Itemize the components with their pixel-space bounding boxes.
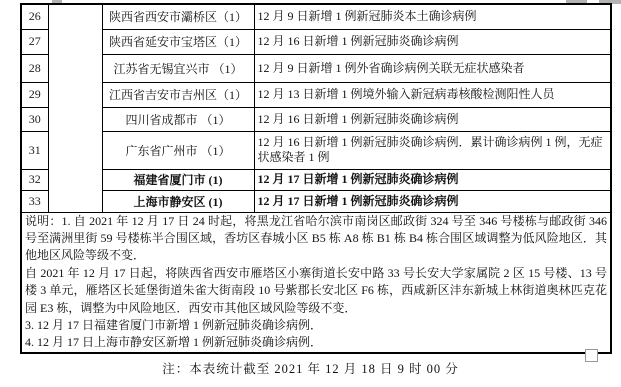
table-row: 32 福建省厦门市 (1) 12 月 17 日新增 1 例新冠肺炎确诊病例 — [21, 169, 611, 190]
notes-row: 说明：1. 自 2021 年 12 月 17 日 24 时起，将黑龙江省哈尔滨市… — [21, 212, 611, 353]
row-number-cell[interactable]: 33 — [21, 190, 48, 212]
description-cell[interactable]: 12 月 16 日新增 1 例新冠肺炎确诊病例 — [254, 107, 611, 131]
region-cell[interactable]: 江苏省无锡宜兴市 （1） — [102, 54, 254, 82]
region-cell[interactable]: 福建省厦门市 (1) — [102, 169, 254, 190]
description-cell[interactable]: 12 月 16 日新增 1 例新冠肺炎确诊病例．累计确诊病例 1 例，无症状感染… — [254, 131, 611, 169]
note-paragraph: 自 2021 年 12 月 17 日起，将陕西省西安市雁塔区小寨街道长安中路 3… — [25, 265, 607, 317]
region-cell[interactable]: 江西省吉安市吉州区（1） — [102, 82, 254, 107]
description-cell[interactable]: 12 月 9 日新增 1 例外省确诊病例关联无症状感染者 — [254, 54, 611, 82]
description-cell[interactable]: 12 月 13 日新增 1 例境外输入新冠病毒核酸检测阳性人员 — [254, 82, 611, 107]
region-cell[interactable]: 广东省广州市 （1） — [102, 131, 254, 169]
region-cell[interactable]: 四川省成都市 （1） — [102, 107, 254, 131]
row-number-cell[interactable]: 27 — [21, 29, 48, 54]
region-cell[interactable]: 陕西省延安市宝塔区（1） — [102, 29, 254, 54]
table-resize-handle[interactable] — [585, 349, 598, 362]
table-row: 30 四川省成都市 （1） 12 月 16 日新增 1 例新冠肺炎确诊病例 — [21, 107, 611, 131]
note-paragraph: 3. 12 月 17 日福建省厦门市新增 1 例新冠肺炎确诊病例． — [25, 317, 607, 334]
statistics-cutoff-note[interactable]: 注：本表统计截至 2021 年 12 月 18 日 9 时 00 分 — [0, 359, 621, 377]
table-row: 33 上海市静安区 (1) 12 月 17 日新增 1 例新冠肺炎确诊病例 — [21, 190, 611, 212]
document-page: 26 陕西省西安市灞桥区（1） 12 月 9 日新增 1 例新冠肺炎本土确诊病例… — [0, 0, 621, 387]
note-paragraph: 4. 12 月 17 日上海市静安区新增 1 例新冠肺炎确诊病例． — [25, 334, 607, 351]
notes-cell[interactable]: 说明：1. 自 2021 年 12 月 17 日 24 时起，将黑龙江省哈尔滨市… — [21, 212, 611, 353]
row-number-cell[interactable]: 29 — [21, 82, 48, 107]
region-cell[interactable]: 上海市静安区 (1) — [102, 190, 254, 212]
description-cell[interactable]: 12 月 17 日新增 1 例新冠肺炎确诊病例 — [254, 190, 611, 212]
description-cell[interactable]: 12 月 17 日新增 1 例新冠肺炎确诊病例 — [254, 169, 611, 190]
row-number-cell[interactable]: 32 — [21, 169, 48, 190]
row-number-cell[interactable]: 31 — [21, 131, 48, 169]
region-cell[interactable]: 陕西省西安市灞桥区（1） — [102, 4, 254, 29]
epidemic-risk-table: 26 陕西省西安市灞桥区（1） 12 月 9 日新增 1 例新冠肺炎本土确诊病例… — [20, 3, 612, 354]
row-number-cell[interactable]: 30 — [21, 107, 48, 131]
row-number-cell[interactable]: 28 — [21, 54, 48, 82]
description-cell[interactable]: 12 月 16 日新增 1 例新冠肺炎确诊病例 — [254, 29, 611, 54]
row-number-cell[interactable]: 26 — [21, 4, 48, 29]
table-row: 31 广东省广州市 （1） 12 月 16 日新增 1 例新冠肺炎确诊病例．累计… — [21, 131, 611, 169]
description-cell[interactable]: 12 月 9 日新增 1 例新冠肺炎本土确诊病例 — [254, 4, 611, 29]
note-paragraph: 说明：1. 自 2021 年 12 月 17 日 24 时起，将黑龙江省哈尔滨市… — [25, 213, 607, 265]
table-row: 27 陕西省延安市宝塔区（1） 12 月 16 日新增 1 例新冠肺炎确诊病例 — [21, 29, 611, 54]
table-row: 28 江苏省无锡宜兴市 （1） 12 月 9 日新增 1 例外省确诊病例关联无症… — [21, 54, 611, 82]
table-row: 29 江西省吉安市吉州区（1） 12 月 13 日新增 1 例境外输入新冠病毒核… — [21, 82, 611, 107]
merged-category-cell[interactable] — [48, 4, 102, 212]
table-row: 26 陕西省西安市灞桥区（1） 12 月 9 日新增 1 例新冠肺炎本土确诊病例 — [21, 4, 611, 29]
